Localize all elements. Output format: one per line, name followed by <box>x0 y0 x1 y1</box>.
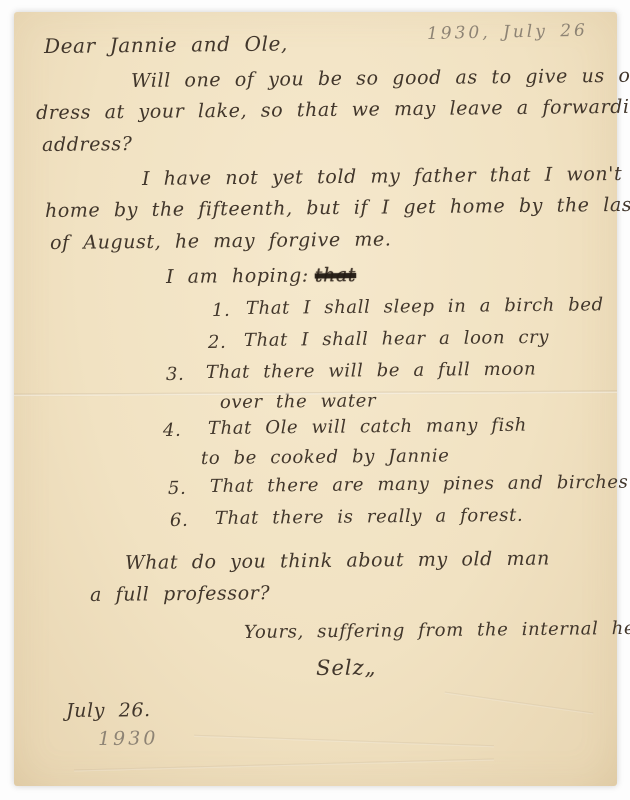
hoping-intro: I am hoping: <box>166 265 309 288</box>
list-item-text: That I shall hear a loon cry <box>244 327 549 351</box>
list-item-number: 4. <box>163 420 182 441</box>
list-item-number: 1. <box>212 300 231 321</box>
letter-paper: 1930, July 26 Dear Jannie and Ole, Will … <box>14 12 617 786</box>
pencil-date-annotation: 1930, July 26 <box>427 21 588 44</box>
closing-line: Yours, suffering from the internal heat, <box>244 618 630 643</box>
signature: Selz„ <box>316 655 377 680</box>
paragraph-line: of August, he may forgive me. <box>50 228 392 254</box>
list-item-text: That there is really a forest. <box>215 505 523 529</box>
list-item-number: 6. <box>170 510 189 531</box>
paragraph-line: home by the fifteenth, but if I get home… <box>45 194 630 222</box>
scribbled-out-word: that <box>315 264 356 286</box>
hoping-line: I am hoping:that <box>166 264 356 288</box>
paragraph-line: dress at your lake, so that we may leave… <box>36 96 630 124</box>
paper-wrinkle <box>445 692 594 715</box>
list-item-number: 5. <box>168 478 187 499</box>
bottom-date-year: 1930 <box>98 727 159 750</box>
list-item-text: That I shall sleep in a birch bed <box>246 294 604 319</box>
list-item-number: 3. <box>166 364 185 385</box>
paragraph-line: address? <box>42 133 133 156</box>
list-item-number: 2. <box>208 332 227 353</box>
paragraph-line: Will one of you be so good as to give us… <box>131 64 630 92</box>
list-item-text: That there will be a full moon <box>206 359 537 383</box>
question-line: a full professor? <box>90 582 270 606</box>
salutation: Dear Jannie and Ole, <box>44 31 288 58</box>
paragraph-line: I have not yet told my father that I won… <box>142 163 630 190</box>
list-item-text: That Ole will catch many fish <box>208 415 527 439</box>
question-line: What do you think about my old man <box>125 548 550 574</box>
paper-wrinkle <box>194 735 494 747</box>
list-item-text: That there are many pines and birches <box>210 472 629 497</box>
bottom-date-line: July 26. <box>66 699 151 722</box>
paper-wrinkle <box>74 759 494 772</box>
list-item-text-continued: to be cooked by Jannie <box>201 445 450 469</box>
